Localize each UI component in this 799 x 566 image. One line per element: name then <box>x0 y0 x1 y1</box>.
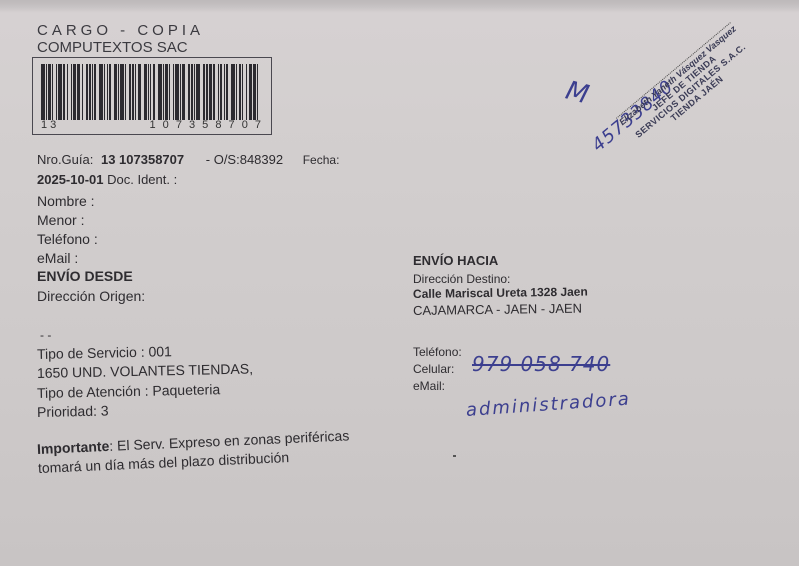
barcode-bar <box>163 64 164 120</box>
barcode-bar <box>209 64 213 120</box>
doc-ident-label: Doc. Ident. : <box>107 172 177 187</box>
barcode-bar <box>191 64 192 120</box>
guide-row: Nro.Guía: 13 107358707 - O/S:848392 Fech… <box>37 152 339 167</box>
guide-number: 13 107358707 <box>101 152 184 167</box>
destination-heading: ENVÍO HACIA <box>413 253 498 268</box>
barcode-bar <box>71 64 72 120</box>
barcode-bar <box>129 64 130 120</box>
barcode-bar <box>48 64 50 120</box>
barcode-bar <box>213 64 214 120</box>
barcode-bar <box>226 64 228 120</box>
barcode-bar <box>203 64 205 120</box>
barcode-bar <box>120 64 124 120</box>
barcode-bar <box>94 64 96 120</box>
barcode-bar <box>109 64 111 120</box>
barcode-bar <box>77 64 81 120</box>
important-line1: : El Serv. Expreso en zonas periféricas <box>109 427 350 453</box>
name-label: Nombre : <box>37 193 95 209</box>
barcode-bar <box>158 64 162 120</box>
company-name: COMPUTEXTOS SAC <box>37 39 188 56</box>
destination-region: CAJAMARCA - JAEN - JAEN <box>413 301 582 318</box>
stamp-role: JEFE DE TIENDA <box>624 31 745 135</box>
origin-heading: ENVÍO DESDE <box>37 268 133 284</box>
barcode-bar <box>249 64 253 120</box>
barcode-bar <box>138 64 142 120</box>
barcode-bar <box>246 64 247 120</box>
origin-address-value: - - <box>40 328 51 342</box>
barcode-bar <box>194 64 195 120</box>
barcode-bar <box>144 64 146 120</box>
barcode-number: 1 3 1 0 7 3 5 8 7 0 7 <box>41 119 263 131</box>
destination-email-label: eMail: <box>413 379 445 393</box>
barcode-bar <box>104 64 105 120</box>
origin-address-label: Dirección Origen: <box>37 288 145 304</box>
phone-label: Teléfono : <box>37 231 98 247</box>
barcode-bar <box>165 64 167 120</box>
barcode-bar <box>99 64 103 120</box>
barcode-bar <box>239 64 241 120</box>
store-stamp: Elizabeth Yaneth Vásquez Vasquez JEFE DE… <box>616 22 757 150</box>
destination-address-label: Dirección Destino: <box>413 272 510 286</box>
destination-mobile-label: Celular: <box>413 362 454 376</box>
handwritten-role: administradora <box>465 389 631 421</box>
barcode-digits: 1 0 7 3 5 8 7 0 7 <box>101 119 263 131</box>
barcode-bar <box>242 64 243 120</box>
barcode: 1 3 1 0 7 3 5 8 7 0 7 <box>32 57 272 135</box>
barcode-bar <box>253 64 255 120</box>
barcode-bar <box>173 64 174 120</box>
barcode-bar <box>231 64 235 120</box>
barcode-bar <box>56 64 57 120</box>
barcode-bar <box>188 64 190 120</box>
handwritten-initials: M <box>563 76 592 111</box>
barcode-bar <box>107 64 108 120</box>
barcode-bar <box>220 64 222 120</box>
barcode-bar <box>92 64 93 120</box>
label-title: CARGO - COPIA <box>37 22 204 39</box>
minor-label: Menor : <box>37 212 84 228</box>
barcode-bar <box>41 64 45 120</box>
barcode-bar <box>218 64 219 120</box>
barcode-bar <box>175 64 179 120</box>
barcode-bar <box>114 64 116 120</box>
barcode-bar <box>46 64 47 120</box>
barcode-bar <box>52 64 53 120</box>
barcode-bar <box>153 64 155 120</box>
barcode-bars <box>41 64 263 120</box>
barcode-bar <box>180 64 181 120</box>
barcode-bar <box>224 64 225 120</box>
barcode-bar <box>118 64 119 120</box>
priority: Prioridad: 3 <box>37 403 109 420</box>
paper-top-edge <box>0 0 799 12</box>
barcode-bar <box>58 64 62 120</box>
barcode-bar <box>73 64 75 120</box>
barcode-prefix: 1 3 <box>41 119 101 131</box>
barcode-bar <box>89 64 90 120</box>
barcode-bar <box>169 64 170 120</box>
barcode-bar <box>82 64 83 120</box>
barcode-bar <box>125 64 126 120</box>
barcode-bar <box>257 64 258 120</box>
barcode-bar <box>135 64 136 120</box>
barcode-bar <box>206 64 207 120</box>
barcode-bar <box>132 64 134 120</box>
barcode-bar <box>150 64 151 120</box>
ink-dot <box>453 455 456 457</box>
destination-phone-label: Teléfono: <box>413 345 462 359</box>
date-row: 2025-10-01 Doc. Ident. : <box>37 172 177 187</box>
attention-type: Tipo de Atención : Paqueteria <box>37 381 220 401</box>
important-label: Importante <box>37 438 110 457</box>
barcode-bar <box>67 64 68 120</box>
service-type: Tipo de Servicio : 001 <box>37 343 172 362</box>
service-content: 1650 UND. VOLANTES TIENDAS, <box>37 360 253 381</box>
destination-street: Calle Mariscal Ureta 1328 Jaen <box>413 285 588 301</box>
barcode-bar <box>236 64 237 120</box>
barcode-bar <box>86 64 88 120</box>
email-label: eMail : <box>37 250 78 266</box>
handwritten-mobile: 979 058 740 <box>472 352 610 376</box>
barcode-bar <box>148 64 149 120</box>
barcode-bar <box>196 64 200 120</box>
barcode-bar <box>63 64 65 120</box>
order-service: - O/S:848392 <box>206 152 283 167</box>
barcode-bar <box>182 64 184 120</box>
guide-label: Nro.Guía: <box>37 152 93 167</box>
date-value: 2025-10-01 <box>37 172 104 187</box>
date-label: Fecha: <box>303 153 340 167</box>
